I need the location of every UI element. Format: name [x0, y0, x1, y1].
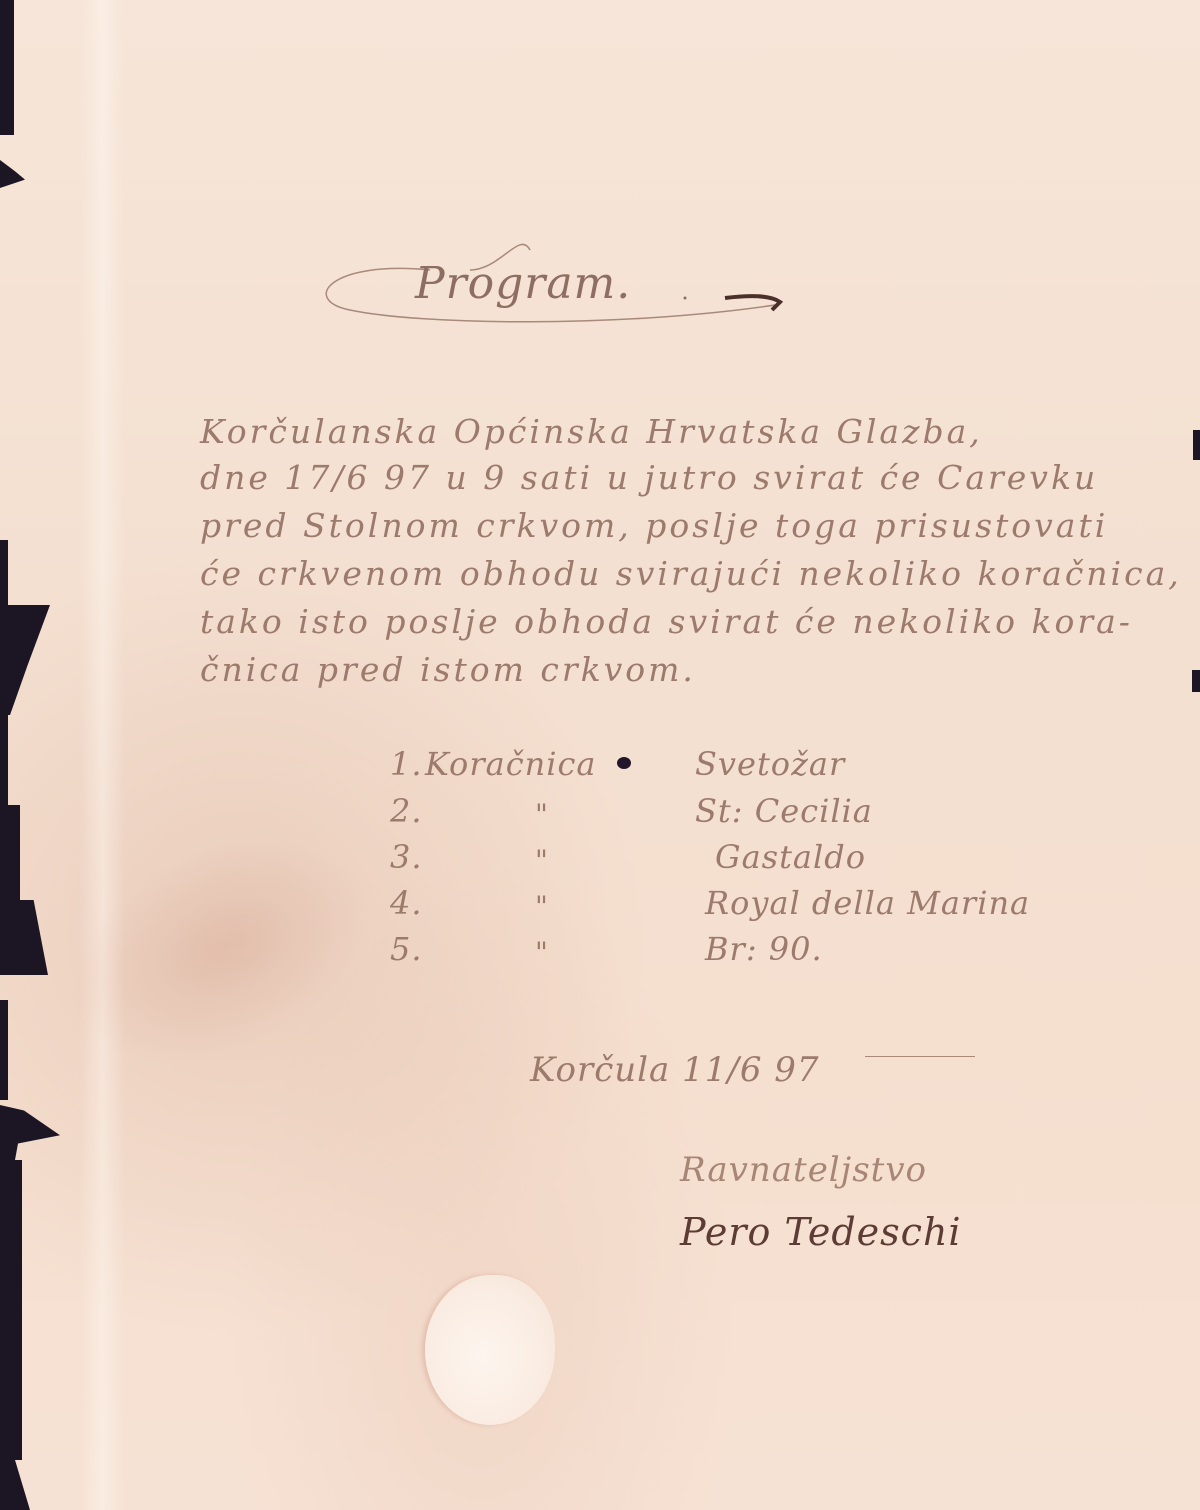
- body-line: dne 17/6 97 u 9 sati u jutro svirat će C…: [200, 458, 1098, 497]
- body-line: tako isto poslje obhoda svirat će nekoli…: [200, 602, 1133, 641]
- body-line: će crkvenom obhodu svirajući nekoliko ko…: [200, 554, 1182, 593]
- torn-edge: [0, 1160, 22, 1460]
- torn-edge: [0, 80, 12, 95]
- paper-hole: [425, 1275, 555, 1425]
- ink-blot: [617, 757, 631, 769]
- torn-edge: [0, 605, 50, 715]
- list-number: 1.: [390, 745, 423, 783]
- torn-edge: [0, 160, 25, 188]
- issuer: Ravnateljstvo: [680, 1150, 927, 1190]
- list-title: Svetožar: [695, 745, 845, 783]
- list-title: Br: 90.: [705, 930, 823, 968]
- body-line: pred Stolnom crkvom, poslje toga prisust…: [200, 506, 1108, 545]
- list-number: 4.: [390, 884, 423, 922]
- torn-edge: [0, 805, 20, 905]
- list-number: 3.: [390, 838, 423, 876]
- torn-edge: [1192, 670, 1200, 692]
- torn-edge: [0, 710, 8, 810]
- list-type: ": [535, 936, 549, 969]
- date-overline: [865, 1056, 975, 1057]
- fold-crease: [80, 0, 125, 1510]
- title-block: Program.: [320, 240, 790, 330]
- list-number: 2.: [390, 792, 423, 830]
- signature: Pero Tedeschi: [680, 1210, 962, 1254]
- document-page: Program. Korčulanska Općinska Hrvatska G…: [0, 0, 1200, 1510]
- list-title: Royal della Marina: [705, 884, 1030, 922]
- torn-edge: [0, 540, 8, 610]
- list-number: 5.: [390, 930, 423, 968]
- torn-edge: [0, 1000, 8, 1100]
- list-type: ": [535, 844, 549, 877]
- torn-edge: [1193, 430, 1200, 460]
- torn-edge: [0, 0, 14, 135]
- list-type: Koračnica: [425, 745, 596, 783]
- body-line: Korčulanska Općinska Hrvatska Glazba,: [200, 412, 983, 451]
- document-title: Program.: [415, 258, 631, 309]
- body-line: čnica pred istom crkvom.: [200, 650, 696, 689]
- place-date: Korčula 11/6 97: [530, 1050, 820, 1090]
- torn-edge: [0, 1105, 60, 1160]
- list-type: ": [535, 798, 549, 831]
- torn-edge: [0, 900, 48, 975]
- list-title: Gastaldo: [715, 838, 866, 876]
- list-type: ": [535, 890, 549, 923]
- list-title: St: Cecilia: [695, 792, 873, 830]
